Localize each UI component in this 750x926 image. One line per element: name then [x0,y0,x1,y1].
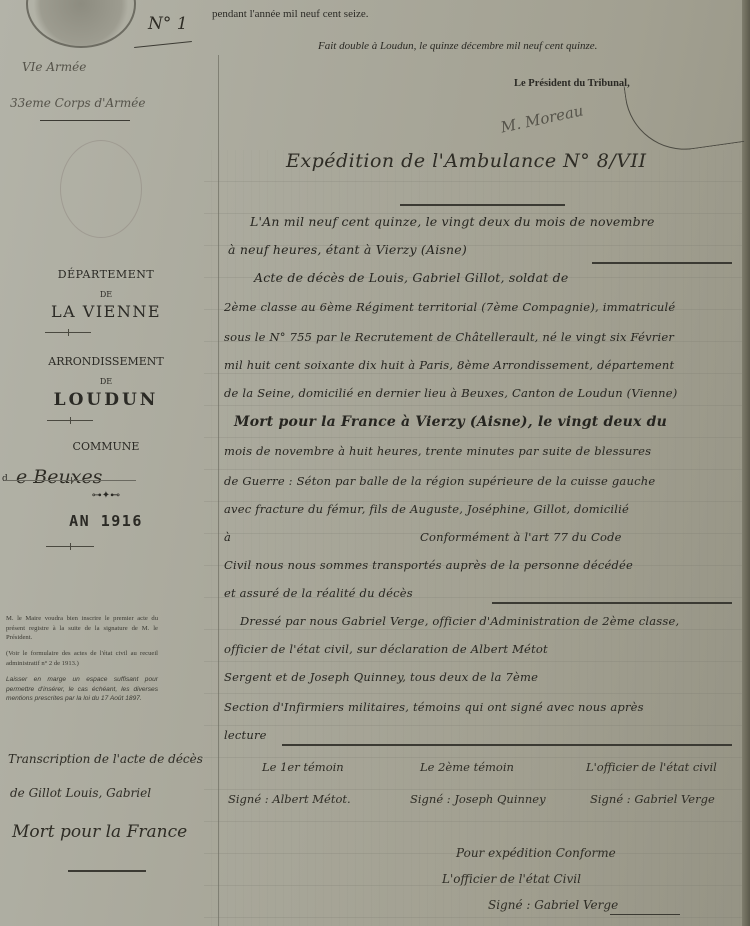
margin-transcription-line1: Transcription de l'acte de décès [8,752,203,766]
register-page: N° 1 VIe Armée 33eme Corps d'Armée penda… [0,0,750,926]
instruction-note-2: (Voir le formulaire des actes de l'état … [6,649,158,668]
margin-rule [218,55,219,926]
certification-signature: Signé : Gabriel Verge [488,898,618,912]
act-line: à neuf heures, étant à Vierzy (Aisne) [228,242,467,257]
signature-flourish [624,71,745,158]
departement-label: DÉPARTEMENT [0,268,212,281]
fill-line [592,262,732,264]
president-signature: M. Moreau [499,101,585,136]
certification-underline [610,914,680,915]
certification-line2: L'officier de l'état Civil [442,872,581,886]
faint-seal-icon [60,140,142,238]
act-line: avec fracture du fémur, fils de Auguste,… [224,502,629,516]
separator-1 [45,332,91,333]
commune-dotted-line [6,480,136,481]
departement-name: LA VIENNE [0,302,212,321]
witness2-signature: Signé : Joseph Quinney [410,792,546,806]
act-heading: Expédition de l'Ambulance N° 8/VII [286,150,647,172]
instruction-note-3: Laisser en marge un espace suffisant pou… [6,675,158,704]
act-line: Section d'Infirmiers militaires, témoins… [224,700,644,714]
act-line: et assuré de la réalité du décès [224,586,413,600]
heading-underline [400,204,565,206]
margin-mort-pour-la-france: Mort pour la France [12,822,187,842]
corps-label: 33eme Corps d'Armée [10,96,145,110]
arrondissement-label: ARRONDISSEMENT [0,355,212,368]
entry-number-underline [134,41,192,48]
act-line: 2ème classe au 6ème Régiment territorial… [224,300,675,314]
act-line: Sergent et de Joseph Quinney, tous deux … [224,670,538,684]
corps-underline [40,120,130,121]
de-label-1: DE [0,290,212,299]
year-label: AN 1916 [0,512,212,530]
separator-3 [46,546,94,547]
act-line: Acte de décès de Louis, Gabriel Gillot, … [254,270,568,285]
president-label: Le Président du Tribunal, [514,78,630,89]
act-line: Dressé par nous Gabriel Verge, officier … [240,614,679,628]
entry-number: N° 1 [148,14,188,34]
arrondissement-name: LOUDUN [0,390,212,410]
margin-transcription-line2: de Gillot Louis, Gabriel [10,786,151,800]
margin-underline [68,870,146,872]
instruction-note-1: M. le Maire voudra bien inscrire le prem… [6,614,158,643]
year-closing-line: pendant l'année mil neuf cent seize. [212,8,369,20]
officer-signature: Signé : Gabriel Verge [590,792,715,806]
act-line: officier de l'état civil, sur déclaratio… [224,642,548,656]
commune-label: COMMUNE [0,440,212,453]
certification-line1: Pour expédition Conforme [456,846,616,860]
witness1-signature: Signé : Albert Métot. [228,792,351,806]
act-line-mort-pour-la-france: Mort pour la France à Vierzy (Aisne), le… [234,414,667,430]
seal-stamp-icon [26,0,136,48]
act-line: mois de novembre à huit heures, trente m… [224,444,651,458]
act-line: de Guerre : Séton par balle de la région… [224,474,655,488]
army-label: VIe Armée [22,60,86,74]
act-line: lecture [224,728,267,742]
act-line: mil huit cent soixante dix huit à Paris,… [224,358,674,372]
closing-line [282,744,732,746]
fait-double-line: Fait double à Loudun, le quinze décembre… [318,40,597,52]
witness2-label: Le 2ème témoin [420,760,514,774]
act-line: L'An mil neuf cent quinze, le vingt deux… [250,214,655,229]
commune-name: e Beuxes [16,466,102,488]
ornament-icon: ⊶✦⊷ [0,490,212,501]
commune-prefix: d [2,474,8,484]
officer-label: L'officier de l'état civil [586,760,717,774]
witness1-label: Le 1er témoin [262,760,344,774]
act-line: de la Seine, domicilié en dernier lieu à… [224,386,677,400]
de-label-2: DE [0,377,212,386]
act-line: sous le N° 755 par le Recrutement de Châ… [224,330,674,344]
act-line: à Conformément à l'art 77 du Code [224,530,622,544]
separator-2 [47,420,93,421]
act-line: Civil nous nous sommes transportés auprè… [224,558,633,572]
fill-line [492,602,732,604]
